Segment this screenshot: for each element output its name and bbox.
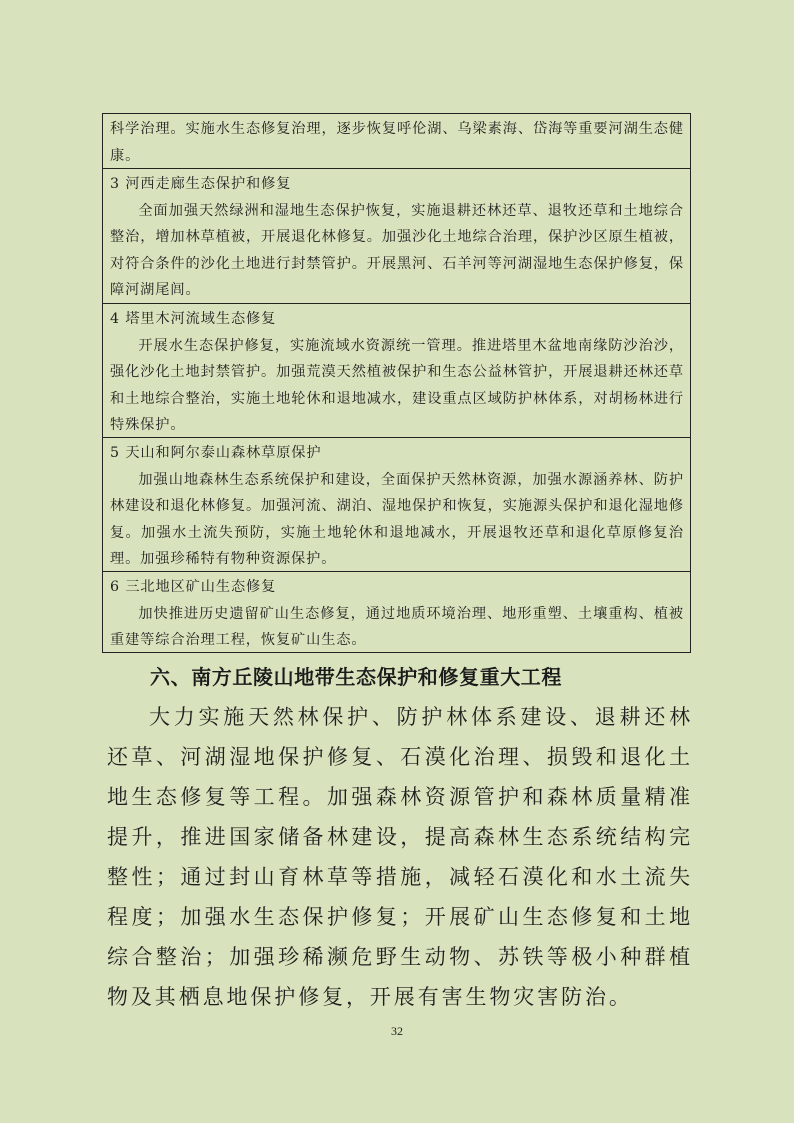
table-row: 6 三北地区矿山生态修复 加快推进历史遗留矿山生态修复，通过地质环境治理、地形重…	[103, 571, 690, 652]
document-page: 科学治理。实施水生态修复治理，逐步恢复呼伦湖、乌梁素海、岱海等重要河湖生态健康。…	[0, 0, 794, 1123]
page-number: 32	[387, 1024, 407, 1039]
row-title: 3 河西走廊生态保护和修复	[110, 171, 684, 198]
row-body-text: 加强山地森林生态系统保护和建设，全面保护天然林资源，加强水源涵养林、防护林建设和…	[110, 467, 684, 573]
table-row: 4 塔里木河流域生态修复 开展水生态保护修复，实施流域水资源统一管理。推进塔里木…	[103, 303, 690, 437]
table-row: 科学治理。实施水生态修复治理，逐步恢复呼伦湖、乌梁素海、岱海等重要河湖生态健康。	[103, 114, 690, 168]
project-table: 科学治理。实施水生态修复治理，逐步恢复呼伦湖、乌梁素海、岱海等重要河湖生态健康。…	[102, 113, 691, 653]
row-title: 5 天山和阿尔泰山森林草原保护	[110, 440, 684, 467]
table-row: 3 河西走廊生态保护和修复 全面加强天然绿洲和湿地生态保护恢复，实施退耕还林还草…	[103, 168, 690, 303]
row-body-text: 加快推进历史遗留矿山生态修复，通过地质环境治理、地形重塑、土壤重构、植被重建等综…	[110, 601, 684, 654]
section-paragraph: 大力实施天然林保护、防护林体系建设、退耕还林还草、河湖湿地保护修复、石漠化治理、…	[107, 697, 693, 1017]
section-heading: 六、南方丘陵山地带生态保护和修复重大工程	[150, 662, 610, 692]
row-body-text: 全面加强天然绿洲和湿地生态保护恢复，实施退耕还林还草、退牧还草和土地综合整治，增…	[110, 198, 684, 304]
table-row: 5 天山和阿尔泰山森林草原保护 加强山地森林生态系统保护和建设，全面保护天然林资…	[103, 437, 690, 571]
row-continuation-text: 科学治理。实施水生态修复治理，逐步恢复呼伦湖、乌梁素海、岱海等重要河湖生态健康。	[110, 116, 684, 169]
row-title: 4 塔里木河流域生态修复	[110, 306, 684, 333]
row-body-text: 开展水生态保护修复，实施流域水资源统一管理。推进塔里木盆地南缘防沙治沙，强化沙化…	[110, 333, 684, 439]
row-title: 6 三北地区矿山生态修复	[110, 574, 684, 601]
